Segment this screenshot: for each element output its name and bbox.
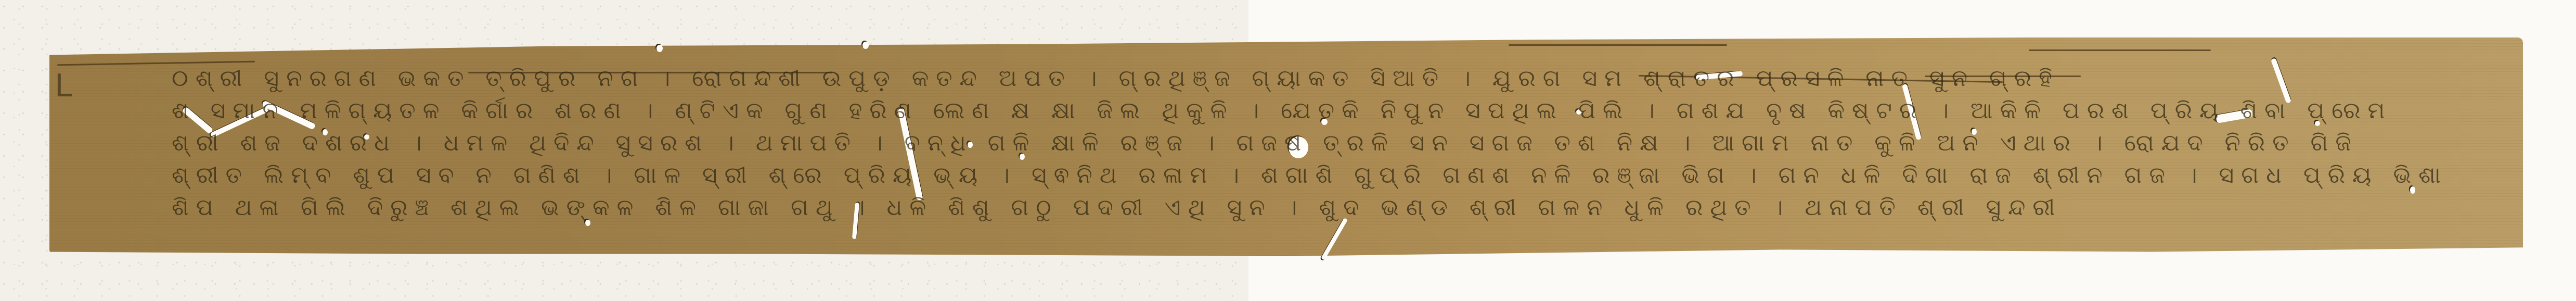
margin-mark: ᒪ [55, 68, 72, 104]
worm-hole [862, 42, 869, 49]
manuscript-line-3: ଶ୍ରୀ ଶଜ ଦଶରଧ । ଧମଳ ଥିଦିନ୍ଦ ସୁସରଶ । ଥମାପତ… [172, 127, 2461, 159]
worm-hole [656, 45, 663, 52]
manuscript-text: ୦ଶ୍ରୀ ସୁନରଗଣ ଭକତ ତ୍ରିପୁର ନଗ । ରୋଗନ୍ଦଶୀ ଉ… [172, 62, 2461, 224]
leaf-crack [1509, 44, 1727, 46]
leaf-crack [2029, 49, 2211, 51]
manuscript-line-2: ଶ ସମାନ ମଳିଗ୍ୟତଳ କିର୍ଗାର ଶରଣ । ଣ୍ଟିଏକ ଗୁଣ… [172, 95, 2461, 127]
manuscript-line-5: ଶିପ ଥଳା ଗିଲି ଦିରୁଞ୍ଚ ଶଥିଲ ଭଙ୍କଳ ଶିଳ ଗାଜା… [172, 192, 2461, 224]
manuscript-line-4: ଶ୍ରୀତ ଲିମ୍ବ ଶୁପ ସବ ନ ଗଣିଶ । ଗାଳ ସ୍ରୀ ଶ୍ର… [172, 159, 2461, 192]
manuscript-line-1: ୦ଶ୍ରୀ ସୁନରଗଣ ଭକତ ତ୍ରିପୁର ନଗ । ରୋଗନ୍ଦଶୀ ଉ… [172, 62, 2461, 95]
